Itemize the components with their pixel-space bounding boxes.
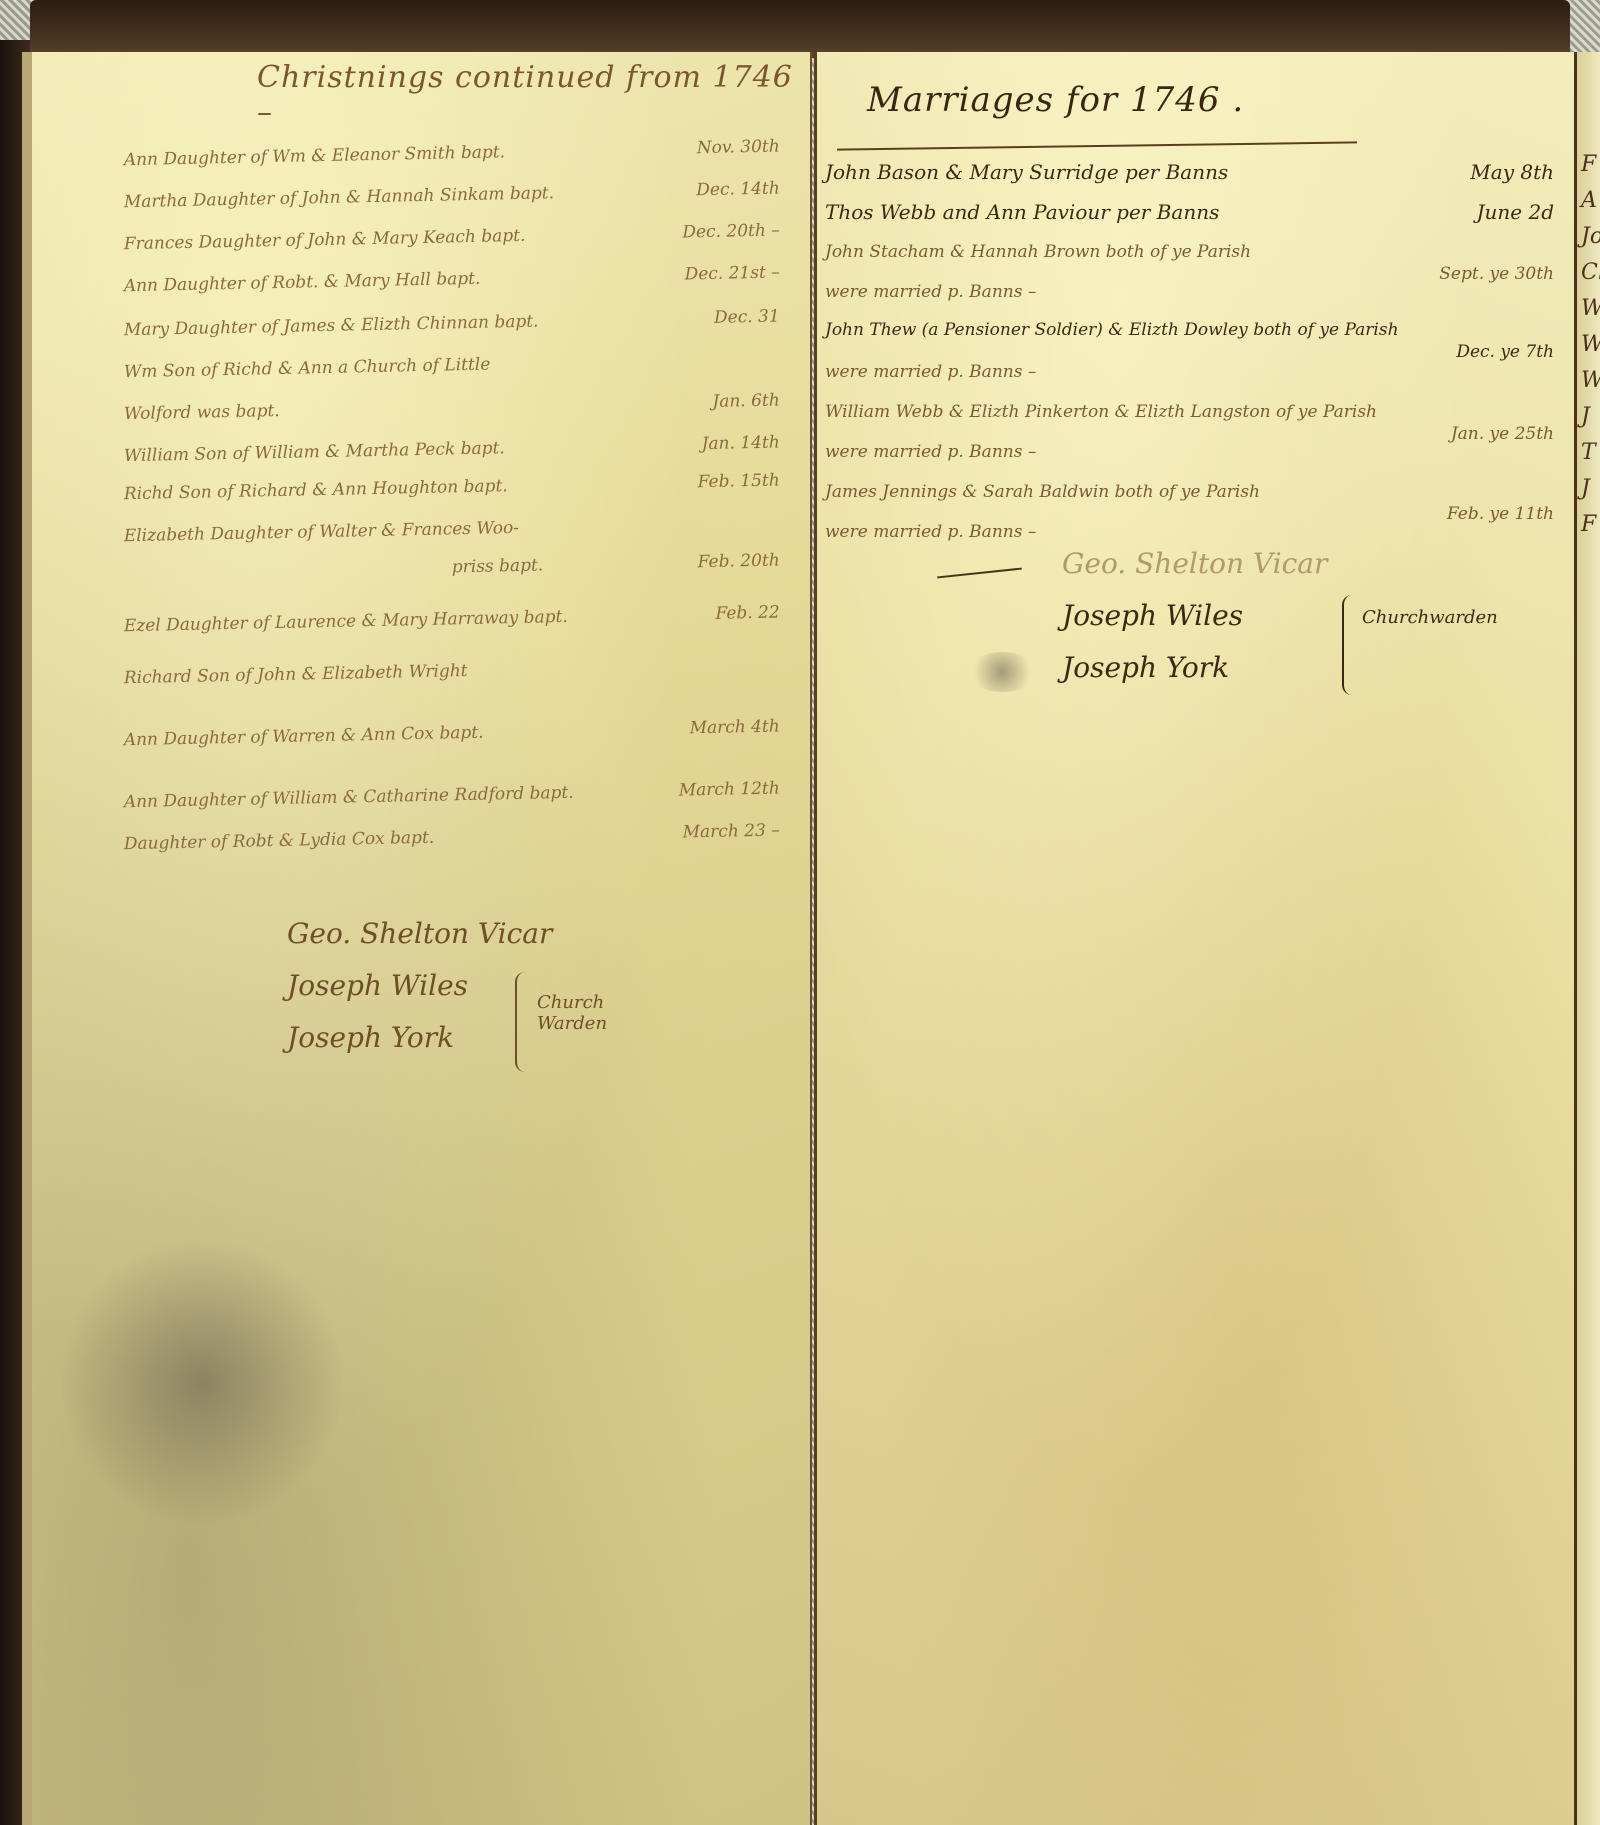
signature-rule: [937, 568, 1022, 579]
open-register-book: Christnings continued from 1746 – Ann Da…: [22, 52, 1600, 1825]
right-page-marriages: Marriages for 1746 . John Bason & Mary S…: [814, 52, 1574, 1825]
christenings-heading: Christnings continued from 1746 –: [257, 60, 810, 130]
stain-mark: [62, 1232, 342, 1532]
warden-role-label: Churchwarden: [1362, 607, 1498, 628]
brace-mark: [1342, 595, 1356, 695]
list-item: were married p. Banns –: [817, 282, 1574, 322]
warden-signature: Joseph York: [287, 1021, 552, 1073]
left-page-christenings: Christnings continued from 1746 – Ann Da…: [22, 52, 812, 1825]
list-item: John Stacham & Hannah Brown both of ye P…: [817, 242, 1574, 282]
warden-signature: Joseph Wiles: [287, 969, 552, 1021]
list-item: James Jennings & Sarah Baldwin both of y…: [817, 482, 1574, 522]
vicar-signature: Geo. Shelton Vicar: [287, 917, 552, 969]
list-item: Thos Webb and Ann Paviour per BannsJune …: [817, 200, 1574, 240]
book-cover-top: [30, 0, 1570, 58]
ink-blot: [967, 652, 1037, 692]
vicar-signature: Geo. Shelton Vicar: [1062, 547, 1327, 599]
list-item: were married p. Banns –: [817, 442, 1574, 482]
warden-role-label: Church Warden: [537, 992, 607, 1034]
brace-mark: [515, 972, 529, 1072]
next-page-edge: F A Jo Ch W W W J T J F: [1574, 52, 1600, 1825]
list-item: Ann Daughter of Warren & Ann Cox bapt.Ma…: [32, 716, 811, 772]
heading-rule: [837, 141, 1357, 150]
warden-signature: Joseph York: [1062, 651, 1327, 703]
list-item: Richard Son of John & Elizabeth Wright: [32, 654, 811, 710]
warden-signature: Joseph Wiles: [1062, 599, 1327, 651]
list-item: John Thew (a Pensioner Soldier) & Elizth…: [817, 320, 1574, 360]
marriages-heading: Marriages for 1746 .: [867, 80, 1244, 120]
list-item: John Bason & Mary Surridge per BannsMay …: [817, 160, 1574, 200]
signature-block: Geo. Shelton Vicar Joseph Wiles Joseph Y…: [1062, 547, 1327, 703]
list-item: Ezel Daughter of Laurence & Mary Harrawa…: [32, 602, 811, 658]
signature-block: Geo. Shelton Vicar Joseph Wiles Joseph Y…: [287, 917, 552, 1073]
list-item: William Webb & Elizth Pinkerton & Elizth…: [817, 402, 1574, 442]
list-item: were married p. Banns –: [817, 362, 1574, 402]
